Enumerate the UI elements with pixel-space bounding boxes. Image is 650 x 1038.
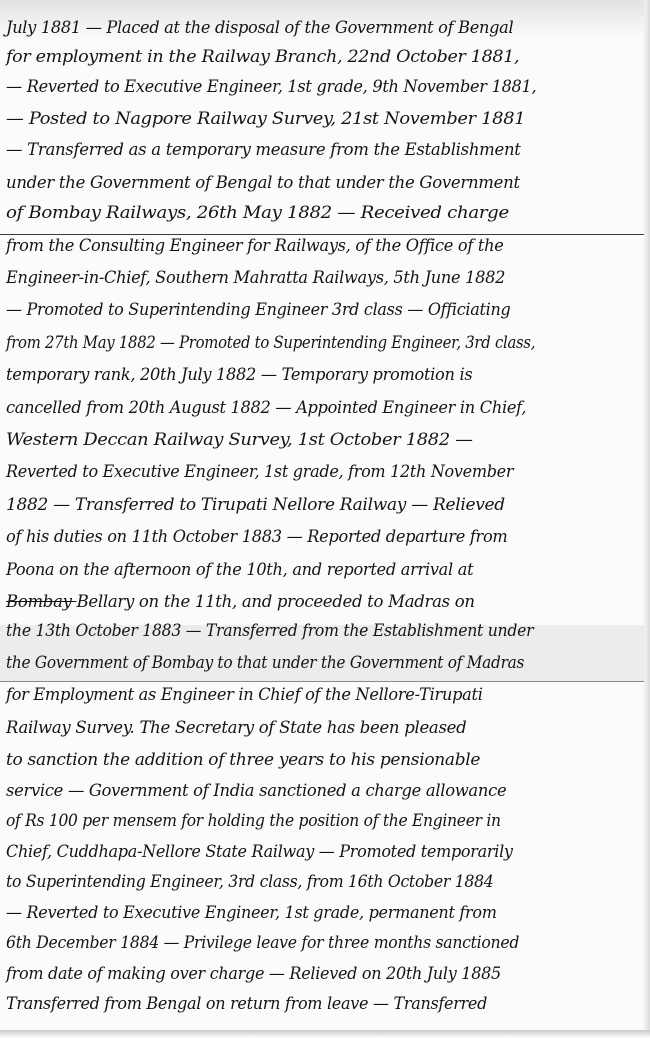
paper-seam-line	[0, 681, 650, 682]
line-text: for Employment as Engineer in Chief of t…	[6, 685, 483, 704]
handwritten-line: temporary rank, 20th July 1882 — Tempora…	[6, 365, 472, 384]
line-text: the 13th October 1883 — Transferred from…	[6, 621, 533, 640]
line-text: Western Deccan Railway Survey, 1st Octob…	[6, 430, 473, 449]
handwritten-line: — Transferred as a temporary measure fro…	[6, 140, 521, 159]
line-text: from date of making over charge — Reliev…	[6, 964, 501, 983]
struck-through-word: Bombay	[6, 592, 77, 611]
line-text: — Transferred as a temporary measure fro…	[6, 140, 521, 159]
handwritten-line: from date of making over charge — Reliev…	[6, 964, 501, 983]
handwritten-line: to sanction the addition of three years …	[6, 750, 480, 769]
handwritten-line: — Posted to Nagpore Railway Survey, 21st…	[6, 109, 525, 128]
handwritten-line: for Employment as Engineer in Chief of t…	[6, 685, 483, 704]
handwritten-line: Engineer-in-Chief, Southern Mahratta Rai…	[6, 268, 505, 287]
right-page-edge	[644, 0, 650, 1038]
line-text: for employment in the Railway Branch, 22…	[6, 47, 519, 66]
handwritten-line: of Bombay Railways, 26th May 1882 — Rece…	[6, 203, 509, 222]
handwritten-line: 6th December 1884 — Privilege leave for …	[6, 933, 519, 952]
handwritten-line: under the Government of Bengal to that u…	[6, 173, 520, 192]
handwritten-line: Western Deccan Railway Survey, 1st Octob…	[6, 430, 473, 449]
line-text: to sanction the addition of three years …	[6, 750, 480, 769]
handwritten-line: Chief, Cuddhapa-Nellore State Railway — …	[6, 842, 513, 861]
handwritten-line: of Rs 100 per mensem for holding the pos…	[6, 811, 501, 830]
handwritten-line: to Superintending Engineer, 3rd class, f…	[6, 872, 494, 891]
handwritten-line: Reverted to Executive Engineer, 1st grad…	[6, 462, 513, 481]
handwritten-line: Bombay Bellary on the 11th, and proceede…	[6, 592, 475, 611]
line-text: July 1881 — Placed at the disposal of th…	[6, 18, 513, 37]
bottom-page-edge	[0, 1030, 650, 1038]
line-text: Engineer-in-Chief, Southern Mahratta Rai…	[6, 268, 505, 287]
handwritten-line: 1882 — Transferred to Tirupati Nellore R…	[6, 495, 505, 514]
handwritten-line: the 13th October 1883 — Transferred from…	[6, 621, 533, 640]
line-text: — Reverted to Executive Engineer, 1st gr…	[6, 903, 497, 922]
line-text: — Posted to Nagpore Railway Survey, 21st…	[6, 109, 525, 128]
handwritten-line: the Government of Bombay to that under t…	[6, 653, 524, 672]
line-text: to Superintending Engineer, 3rd class, f…	[6, 872, 494, 891]
line-text: Transferred from Bengal on return from l…	[6, 994, 487, 1013]
line-text: — Promoted to Superintending Engineer 3r…	[6, 300, 510, 319]
line-text: — Reverted to Executive Engineer, 1st gr…	[6, 77, 536, 96]
line-text: 1882 — Transferred to Tirupati Nellore R…	[6, 495, 505, 514]
handwritten-line: July 1881 — Placed at the disposal of th…	[6, 18, 513, 37]
handwritten-line: of his duties on 11th October 1883 — Rep…	[6, 527, 507, 546]
line-text: temporary rank, 20th July 1882 — Tempora…	[6, 365, 472, 384]
line-text: of his duties on 11th October 1883 — Rep…	[6, 527, 507, 546]
line-text: Chief, Cuddhapa-Nellore State Railway — …	[6, 842, 513, 861]
line-text: 6th December 1884 — Privilege leave for …	[6, 933, 519, 952]
handwritten-line: Transferred from Bengal on return from l…	[6, 994, 487, 1013]
line-text: Poona on the afternoon of the 10th, and …	[6, 560, 473, 579]
line-text: Bellary on the 11th, and proceeded to Ma…	[77, 592, 475, 611]
handwritten-line: Poona on the afternoon of the 10th, and …	[6, 560, 473, 579]
line-text: Railway Survey. The Secretary of State h…	[6, 718, 466, 737]
handwritten-line: Railway Survey. The Secretary of State h…	[6, 718, 466, 737]
line-text: the Government of Bombay to that under t…	[6, 653, 524, 672]
line-text: under the Government of Bengal to that u…	[6, 173, 520, 192]
line-text: service — Government of India sanctioned…	[6, 781, 506, 800]
line-text: from the Consulting Engineer for Railway…	[6, 236, 503, 255]
handwritten-line: cancelled from 20th August 1882 — Appoin…	[6, 398, 526, 417]
handwritten-line: from 27th May 1882 — Promoted to Superin…	[6, 333, 535, 352]
handwritten-line: service — Government of India sanctioned…	[6, 781, 506, 800]
handwritten-line: for employment in the Railway Branch, 22…	[6, 47, 519, 66]
handwritten-line: — Reverted to Executive Engineer, 1st gr…	[6, 77, 536, 96]
line-text: Reverted to Executive Engineer, 1st grad…	[6, 462, 513, 481]
line-text: cancelled from 20th August 1882 — Appoin…	[6, 398, 526, 417]
handwritten-line: — Reverted to Executive Engineer, 1st gr…	[6, 903, 497, 922]
scanned-page: July 1881 — Placed at the disposal of th…	[0, 0, 650, 1038]
line-text: from 27th May 1882 — Promoted to Superin…	[6, 333, 535, 352]
handwritten-line: — Promoted to Superintending Engineer 3r…	[6, 300, 510, 319]
line-text: of Bombay Railways, 26th May 1882 — Rece…	[6, 203, 509, 222]
line-text: of Rs 100 per mensem for holding the pos…	[6, 811, 501, 830]
handwritten-line: from the Consulting Engineer for Railway…	[6, 236, 503, 255]
